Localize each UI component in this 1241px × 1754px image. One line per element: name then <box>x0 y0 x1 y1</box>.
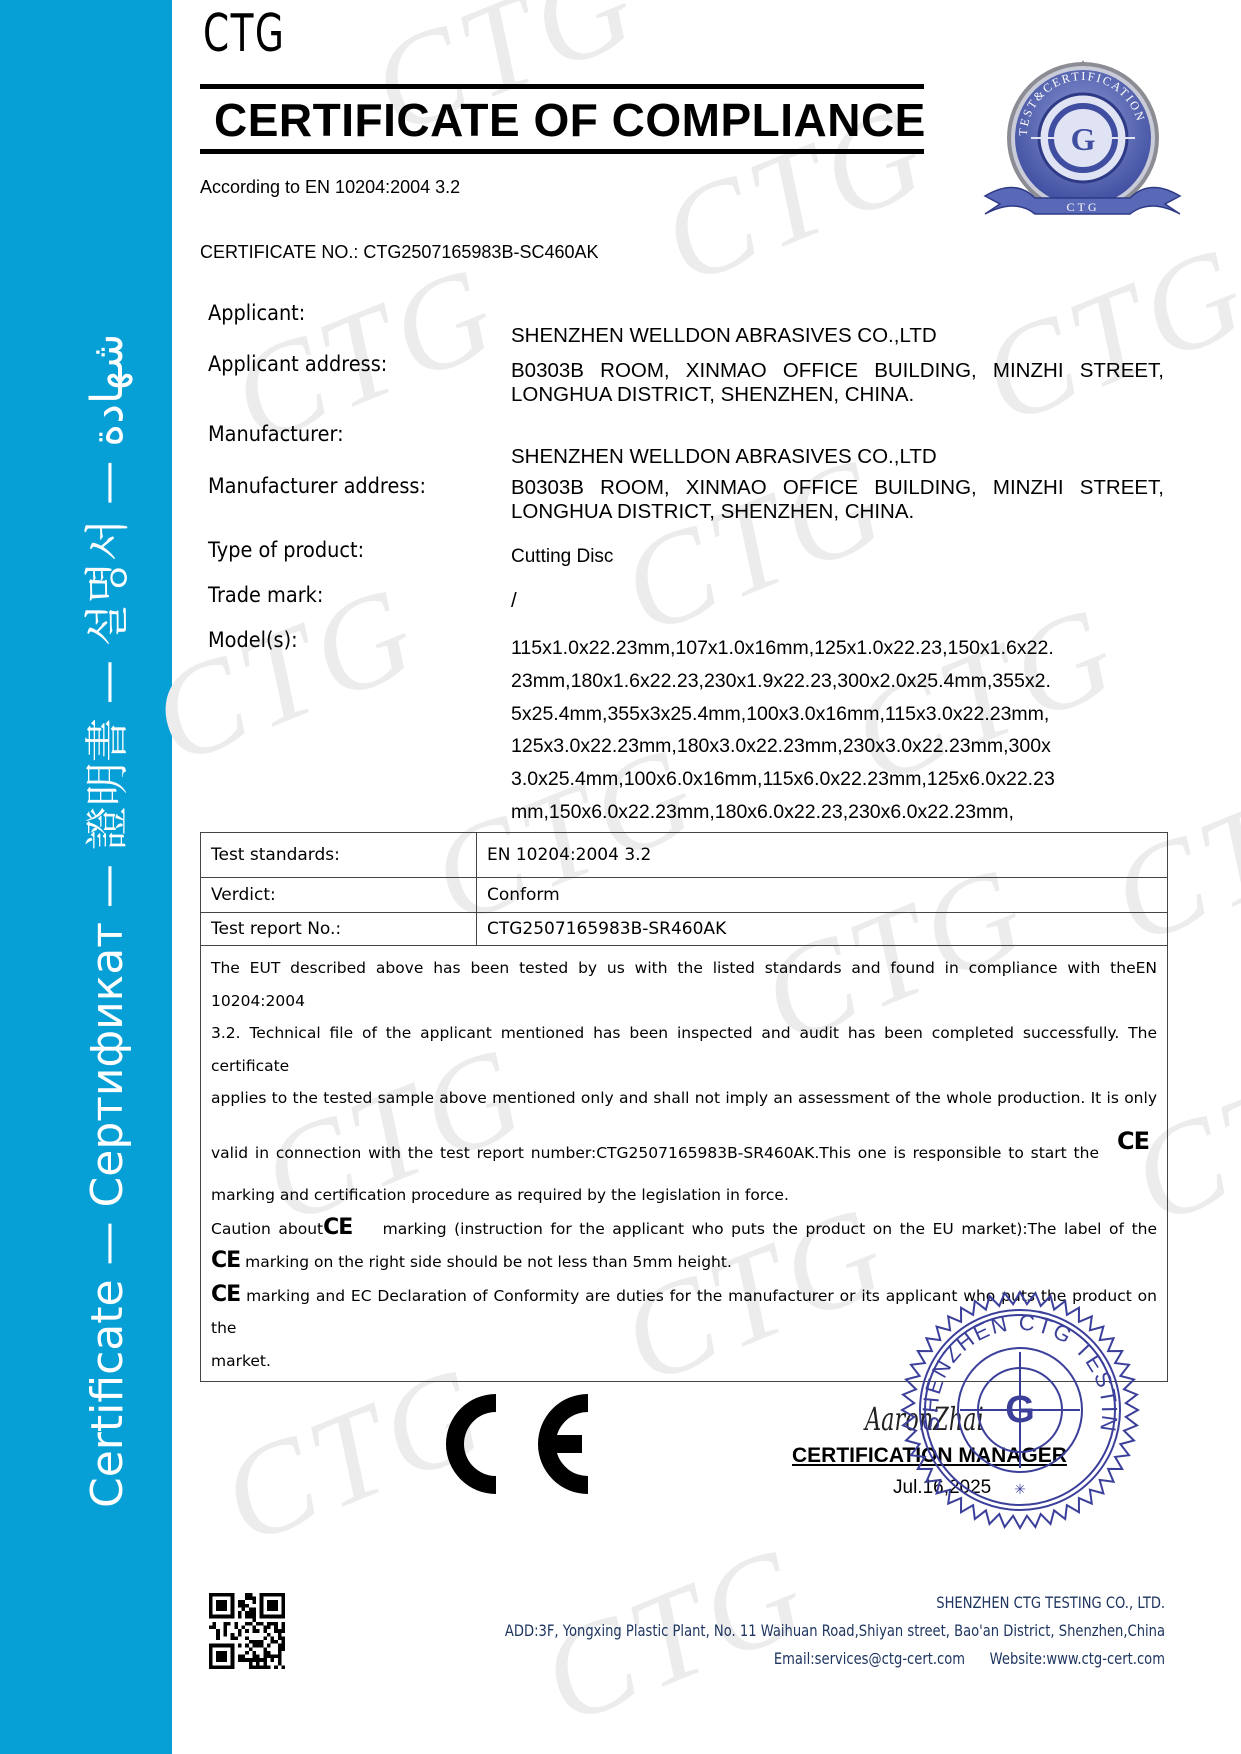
table-row: Verdict: Conform <box>201 878 1168 913</box>
test-standards-value: EN 10204:2004 3.2 <box>477 833 1168 878</box>
statement-line: marking and certification procedure as r… <box>211 1179 1157 1212</box>
manufacturer-address-label: Manufacturer address: <box>208 474 426 498</box>
statement-line: applies to the tested sample above menti… <box>211 1082 1157 1115</box>
product-type-value: Cutting Disc <box>511 545 1164 569</box>
title-frame: CERTIFICATE OF COMPLIANCE <box>200 84 924 154</box>
ce-mark-icon: CE <box>323 1215 352 1240</box>
statement-line: The EUT described above has been tested … <box>211 952 1157 1017</box>
footer-company: SHENZHEN CTG TESTING CO., LTD. <box>936 1593 1165 1612</box>
verdict-value: Conform <box>477 878 1168 913</box>
qr-code-icon[interactable] <box>208 1593 286 1669</box>
test-standards-label: Test standards: <box>201 833 477 878</box>
ce-mark-icon: CE <box>211 1248 240 1273</box>
brand-logo-text: CTG <box>203 4 285 64</box>
svg-text:CTG: CTG <box>1067 200 1100 214</box>
page-title: CERTIFICATE OF COMPLIANCE <box>214 93 926 147</box>
manufacturer-address-value: B0303B ROOM, XINMAO OFFICE BUILDING, MIN… <box>511 476 1164 524</box>
table-row: Test report No.: CTG2507165983B-SR460AK <box>201 913 1168 946</box>
ce-mark-logo-icon <box>440 1388 600 1500</box>
models-list: 115x1.0x22.23mm,107x1.0x16mm,125x1.0x22.… <box>511 632 1111 829</box>
manufacturer-value: SHENZHEN WELLDON ABRASIVES CO.,LTD <box>511 445 1164 469</box>
svg-text:G: G <box>1071 121 1096 157</box>
certification-seal-icon: G TEST&CERTIFICATION CTG <box>975 58 1190 228</box>
company-stamp-icon: SHENZHEN CTG TESTING CO.,LTD G ✳ <box>900 1290 1140 1530</box>
svg-text:G: G <box>1005 1389 1035 1431</box>
table-row: Test standards: EN 10204:2004 3.2 <box>201 833 1168 878</box>
statement-line: 3.2. Technical file of the applicant men… <box>211 1017 1157 1082</box>
product-type-label: Type of product: <box>208 538 364 562</box>
footer-email[interactable]: Email:services@ctg-cert.com <box>774 1649 965 1668</box>
verdict-label: Verdict: <box>201 878 477 913</box>
caution-text: marking (instruction for the applicant w… <box>383 1220 1157 1238</box>
models-label: Model(s): <box>208 628 298 652</box>
trade-mark-value: / <box>511 589 1164 613</box>
applicant-address-value: B0303B ROOM, XINMAO OFFICE BUILDING, MIN… <box>511 359 1164 407</box>
manufacturer-label: Manufacturer: <box>208 422 344 446</box>
model-line: 115x1.0x22.23mm,107x1.0x16mm,125x1.0x22.… <box>511 632 1111 665</box>
applicant-value: SHENZHEN WELLDON ABRASIVES CO.,LTD <box>511 324 1164 348</box>
footer-address: ADD:3F, Yongxing Plastic Plant, No. 11 W… <box>505 1621 1165 1640</box>
caution-prefix: Caution about <box>211 1220 323 1238</box>
test-report-label: Test report No.: <box>201 913 477 946</box>
applicant-label: Applicant: <box>208 301 305 325</box>
trade-mark-label: Trade mark: <box>208 583 323 607</box>
caution-line: CE marking on the right side should be n… <box>211 1245 1157 1279</box>
model-line: 3.0x25.4mm,100x6.0x16mm,115x6.0x22.23mm,… <box>511 763 1111 796</box>
ce-mark-icon: CE <box>1117 1125 1149 1158</box>
svg-text:✳: ✳ <box>1014 1482 1026 1498</box>
applicant-address-label: Applicant address: <box>208 352 387 376</box>
model-line: 5x25.4mm,355x3x25.4mm,100x3.0x16mm,115x3… <box>511 698 1111 731</box>
caution-text: marking on the right side should be not … <box>245 1253 732 1271</box>
statement-line-text: valid in connection with the test report… <box>211 1144 1099 1162</box>
model-line: 23mm,180x1.6x22.23,230x1.9x22.23,300x2.0… <box>511 665 1111 698</box>
model-line: mm,150x6.0x22.23mm,180x6.0x22.23,230x6.0… <box>511 796 1111 829</box>
certificate-page: CTG CERTIFICATE OF COMPLIANCE G TEST&CER… <box>0 0 1241 1754</box>
certificate-number: CERTIFICATE NO.: CTG2507165983B-SC460AK <box>200 242 599 263</box>
footer-contact: Email:services@ctg-cert.comWebsite:www.c… <box>774 1649 1165 1668</box>
ce-mark-icon: CE <box>211 1282 240 1307</box>
caution-line: Caution aboutCE marking (instruction for… <box>211 1212 1157 1246</box>
statement-line: valid in connection with the test report… <box>211 1137 1157 1170</box>
standard-reference: According to EN 10204:2004 3.2 <box>200 177 460 198</box>
footer-website[interactable]: Website:www.ctg-cert.com <box>990 1649 1165 1668</box>
test-report-value: CTG2507165983B-SR460AK <box>477 913 1168 946</box>
model-line: 125x3.0x22.23mm,180x3.0x22.23mm,230x3.0x… <box>511 730 1111 763</box>
